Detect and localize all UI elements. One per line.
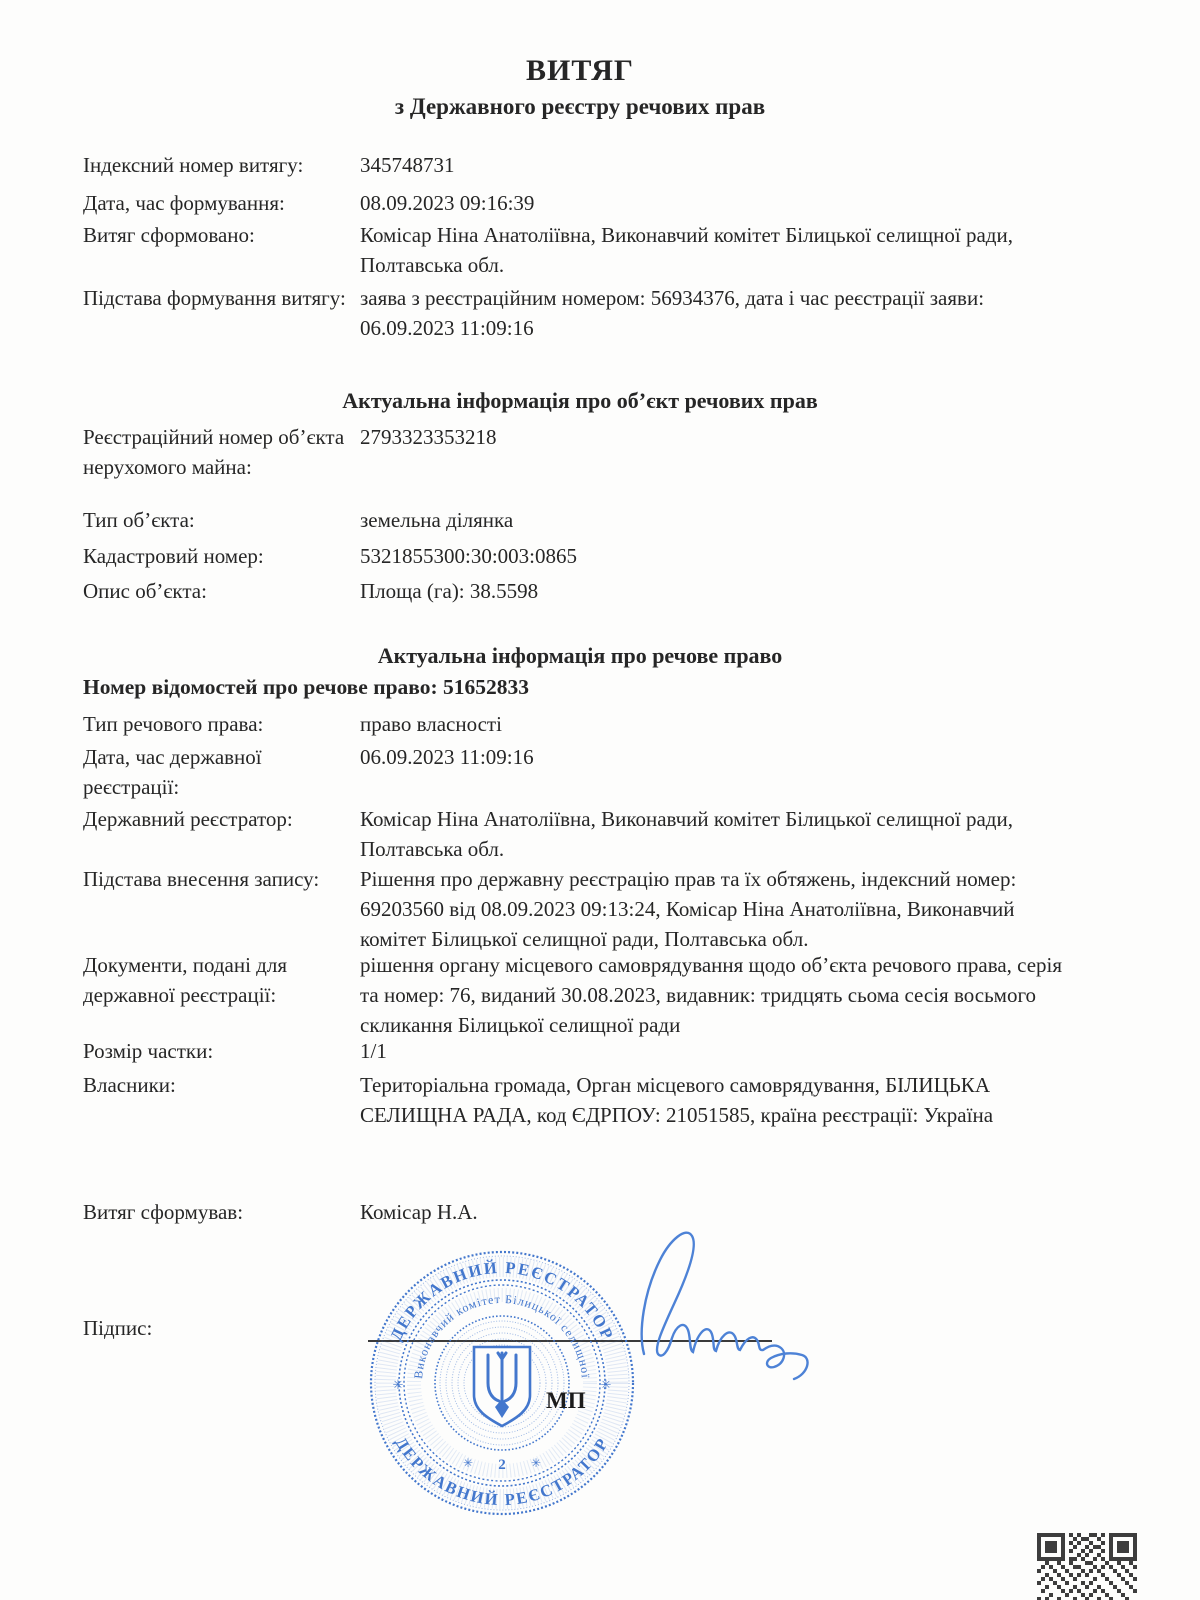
field-value: Комісар Ніна Анатоліївна, Виконавчий ком… [360, 804, 1065, 864]
document-subtitle: з Державного реєстру речових прав [20, 94, 1140, 120]
record-number-line: Номер відомостей про речове право: 51652… [83, 672, 529, 702]
field-label: Підстава внесення запису: [83, 864, 360, 954]
field-value: Рішення про державну реєстрацію прав та … [360, 864, 1065, 954]
field-row-state-registration-datetime: Дата, час державної реєстрації: 06.09.20… [83, 742, 1065, 802]
field-row-formation-basis: Підстава формування витягу: заява з реєс… [83, 283, 1065, 343]
field-row-registration-number: Реєстраційний номер об’єкта нерухомого м… [83, 422, 1065, 482]
field-label: Власники: [83, 1070, 360, 1130]
field-row-index-number: Індексний номер витягу: 345748731 [83, 150, 1065, 180]
scanned-extract-document: ВИТЯГ з Державного реєстру речових прав … [0, 0, 1200, 1600]
field-value: рішення органу місцевого самоврядування … [360, 950, 1065, 1040]
section-heading-right: Актуальна інформація про речове право [83, 641, 1077, 671]
handwritten-signature [560, 1212, 820, 1382]
field-value: Територіальна громада, Орган місцевого с… [360, 1070, 1065, 1130]
field-value: право власності [360, 709, 1065, 739]
section-heading-object: Актуальна інформація про об’єкт речових … [83, 386, 1077, 416]
field-label: Тип об’єкта: [83, 505, 360, 535]
field-label: Державний реєстратор: [83, 804, 360, 864]
field-label: Дата, час формування: [83, 188, 360, 218]
field-row-formed-by: Витяг сформовано: Комісар Ніна Анатоліїв… [83, 220, 1065, 280]
field-value: 5321855300:30:003:0865 [360, 541, 1065, 571]
field-row-object-description: Опис об’єкта: Площа (га): 38.5598 [83, 576, 1065, 606]
field-label: Кадастровий номер: [83, 541, 360, 571]
field-value: Комісар Ніна Анатоліївна, Виконавчий ком… [360, 220, 1065, 280]
field-label: Індексний номер витягу: [83, 150, 360, 180]
field-label: Тип речового права: [83, 709, 360, 739]
field-value: заява з реєстраційним номером: 56934376,… [360, 283, 1065, 343]
stamp-star-icon: ✳ [531, 1456, 541, 1470]
field-value: земельна ділянка [360, 505, 1065, 535]
field-label: Опис об’єкта: [83, 576, 360, 606]
stamp-star-icon: ✳ [393, 1377, 404, 1392]
field-row-owners: Власники: Територіальна громада, Орган м… [83, 1070, 1065, 1130]
field-row-formation-datetime: Дата, час формування: 08.09.2023 09:16:3… [83, 188, 1065, 218]
field-label: Підстава формування витягу: [83, 283, 360, 343]
stamp-star-icon: ✳ [463, 1456, 473, 1470]
seal-mark-label: МП [546, 1388, 586, 1414]
field-row-submitted-documents: Документи, подані для державної реєстрац… [83, 950, 1065, 1040]
field-row-record-basis: Підстава внесення запису: Рішення про де… [83, 864, 1065, 954]
field-value: 1/1 [360, 1036, 1065, 1066]
field-row-state-registrar: Державний реєстратор: Комісар Ніна Анато… [83, 804, 1065, 864]
field-label: Реєстраційний номер об’єкта нерухомого м… [83, 422, 360, 482]
field-row-right-type: Тип речового права: право власності [83, 709, 1065, 739]
field-value: 2793323353218 [360, 422, 1065, 482]
qr-code [1037, 1533, 1137, 1600]
trident-emblem-icon [474, 1347, 530, 1426]
field-value: 345748731 [360, 150, 1065, 180]
signature-label: Підпис: [83, 1313, 360, 1343]
document-title: ВИТЯГ [20, 54, 1140, 88]
field-row-signature: Підпис: [83, 1313, 360, 1343]
field-row-cadastral-number: Кадастровий номер: 5321855300:30:003:086… [83, 541, 1065, 571]
field-value: 06.09.2023 11:09:16 [360, 742, 1065, 802]
field-row-object-type: Тип об’єкта: земельна ділянка [83, 505, 1065, 535]
field-label: Витяг сформовано: [83, 220, 360, 280]
field-label: Документи, подані для державної реєстрац… [83, 950, 360, 1040]
stamp-number: 2 [498, 1457, 506, 1473]
field-label: Розмір частки: [83, 1036, 360, 1066]
field-value: Площа (га): 38.5598 [360, 576, 1065, 606]
field-row-share-size: Розмір частки: 1/1 [83, 1036, 1065, 1066]
field-value: 08.09.2023 09:16:39 [360, 188, 1065, 218]
field-label: Дата, час державної реєстрації: [83, 742, 360, 802]
field-label: Витяг сформував: [83, 1197, 360, 1227]
